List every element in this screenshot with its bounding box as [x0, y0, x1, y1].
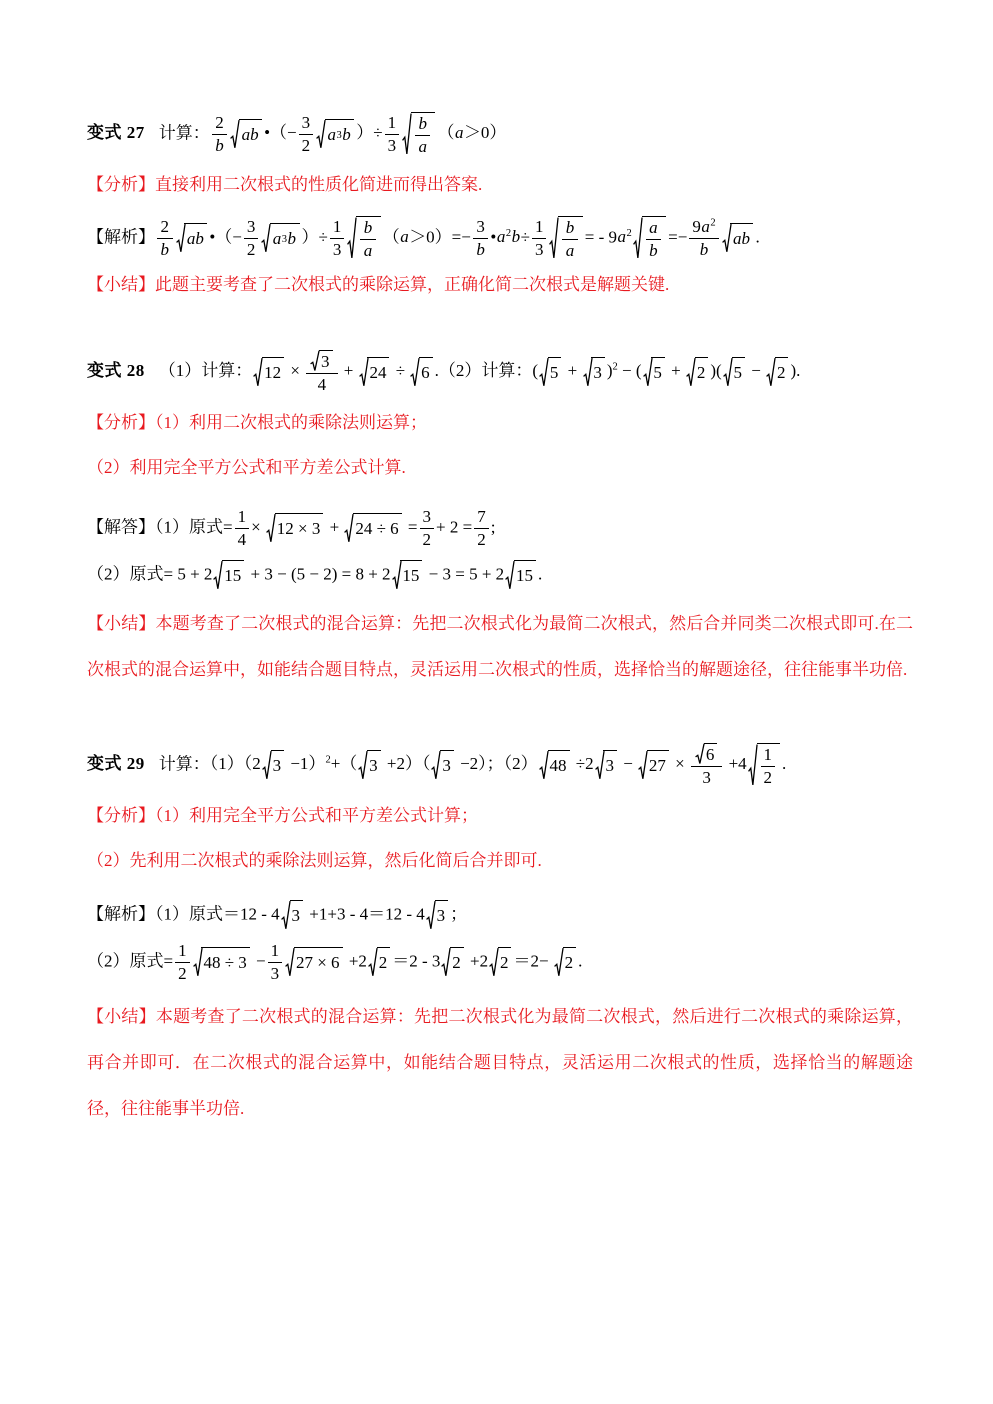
radical-sign-icon [285, 947, 294, 978]
square-root: 48 [539, 750, 570, 781]
solution-line: （2）原式= 5 + 215 + 3 − (5 − 2) = 8 + 215 −… [87, 560, 913, 591]
square-root: 48 ÷ 3 [193, 947, 250, 978]
radical-sign-icon [262, 750, 271, 781]
square-root: a3b [261, 223, 299, 254]
fraction: 13 [532, 217, 547, 260]
radical-sign-icon [505, 560, 514, 591]
square-root: 2 [554, 947, 576, 978]
radical-sign-icon [633, 216, 642, 261]
problem-header: 变式 29计算：（1）（23 −1）2+（3 +2）（3 −2）；（2）48 ÷… [87, 743, 913, 788]
radical-sign-icon [723, 357, 732, 388]
document-body: 变式 27计算：2bab•（−32a3b）÷13ba（a＞0） 【分析】直接利用… [87, 112, 913, 1132]
solution-line: 【解答】（1）原式=14× 12 × 3 + 24 ÷ 6 =32+ 2 =72… [87, 507, 913, 550]
square-root: 6 [695, 743, 717, 765]
square-root: 3 [426, 900, 448, 931]
radical-sign-icon [316, 119, 325, 150]
solution-line: 【解析】2bab•（−32a3b）÷13ba（a＞0）=−3b•a2b÷13ba… [87, 216, 913, 261]
radical-sign-icon [441, 947, 450, 978]
square-root: 27 × 6 [285, 947, 342, 978]
radical-sign-icon [281, 900, 290, 931]
square-root: 3 [358, 750, 380, 781]
square-root: 2 [441, 947, 463, 978]
radical-sign-icon [193, 947, 202, 978]
analysis-line: 【分析】（1）利用二次根式的乘除法则运算； [87, 409, 913, 438]
radical-sign-icon [410, 357, 419, 388]
problem-formula: （1）计算：12 × 34 + 24 ÷ 6.（2）计算：(5 + 3)2 − … [159, 361, 801, 380]
radical-sign-icon [344, 513, 353, 544]
radical-sign-icon [176, 223, 185, 254]
radical-sign-icon [549, 216, 558, 261]
fraction: 32 [299, 113, 314, 156]
square-root: 24 [359, 357, 390, 388]
fraction: 63 [691, 743, 722, 788]
problem-formula: 2bab•（−32a3b）÷13ba（a＞0） [210, 123, 507, 142]
square-root: 2 [686, 357, 708, 388]
radical-sign-icon [426, 900, 435, 931]
radical-sign-icon [230, 119, 239, 150]
square-root: 12 [253, 357, 284, 388]
radical-sign-icon [310, 350, 319, 372]
square-root: 3 [431, 750, 453, 781]
problem-intro: 计算： [159, 754, 210, 773]
analysis-line: （2）先利用二次根式的乘除法则运算，然后化简后合并即可. [87, 847, 913, 876]
fraction: 2b [157, 217, 173, 260]
fraction: 12 [175, 941, 190, 984]
square-root: 3 [281, 900, 303, 931]
radical-sign-icon [695, 743, 704, 765]
radical-sign-icon [686, 357, 695, 388]
square-root: 5 [723, 357, 745, 388]
summary-paragraph: 【小结】此题主要考查了二次根式的乘除运算，正确化简二次根式是解题关键. [87, 271, 913, 300]
fraction: 9a2b [689, 217, 718, 260]
square-root: 15 [505, 560, 536, 591]
fraction: ba [415, 114, 431, 157]
square-root: ba [347, 216, 380, 261]
radical-sign-icon [539, 750, 548, 781]
square-root: a3b [316, 119, 354, 150]
fraction: 12 [761, 745, 776, 788]
fraction: ab [646, 218, 662, 261]
problem-block-27: 变式 27计算：2bab•（−32a3b）÷13ba（a＞0） 【分析】直接利用… [87, 112, 913, 300]
document-page: 变式 27计算：2bab•（−32a3b）÷13ba（a＞0） 【分析】直接利用… [0, 0, 993, 1404]
square-root: ab [230, 119, 262, 150]
square-root: ab [633, 216, 666, 261]
square-root: 5 [539, 357, 561, 388]
radical-sign-icon [359, 357, 368, 388]
fraction: 13 [330, 217, 345, 260]
fraction: ba [562, 218, 578, 261]
radical-sign-icon [722, 223, 731, 254]
problem-header: 变式 27计算：2bab•（−32a3b）÷13ba（a＞0） [87, 112, 913, 157]
radical-sign-icon [358, 750, 367, 781]
radical-sign-icon [431, 750, 440, 781]
square-root: 3 [262, 750, 284, 781]
problem-intro: 计算： [159, 123, 210, 142]
radical-sign-icon [638, 750, 647, 781]
problem-label: 变式 27 [87, 123, 145, 142]
radical-sign-icon [261, 223, 270, 254]
fraction: 32 [420, 507, 435, 550]
square-root: 3 [310, 350, 332, 372]
radical-sign-icon [554, 947, 563, 978]
radical-sign-icon [766, 357, 775, 388]
square-root: ab [722, 223, 754, 254]
fraction: 14 [235, 507, 250, 550]
square-root: 5 [643, 357, 665, 388]
radical-sign-icon [583, 357, 592, 388]
radical-sign-icon [748, 743, 757, 788]
square-root: 2 [368, 947, 390, 978]
square-root: 12 × 3 [266, 513, 323, 544]
fraction: 2b [212, 113, 228, 156]
square-root: 2 [766, 357, 788, 388]
square-root: 12 [748, 743, 780, 788]
radical-sign-icon [266, 513, 275, 544]
square-root: 2 [489, 947, 511, 978]
problem-header: 变式 28（1）计算：12 × 34 + 24 ÷ 6.（2）计算：(5 + 3… [87, 350, 913, 395]
radical-sign-icon [595, 750, 604, 781]
square-root: 3 [583, 357, 605, 388]
analysis-line: 【分析】（1）利用完全平方公式和平方差公式计算； [87, 802, 913, 831]
square-root: 15 [213, 560, 244, 591]
square-root: 6 [410, 357, 432, 388]
analysis-line: （2）利用完全平方公式和平方差公式计算. [87, 454, 913, 483]
radical-sign-icon [402, 112, 411, 157]
square-root: 15 [392, 560, 423, 591]
summary-paragraph: 【小结】本题考查了二次根式的混合运算：先把二次根式化为最简二次根式，然后合并同类… [87, 601, 913, 693]
problem-label: 变式 29 [87, 754, 145, 773]
problem-block-28: 变式 28（1）计算：12 × 34 + 24 ÷ 6.（2）计算：(5 + 3… [87, 350, 913, 693]
square-root: ab [176, 223, 208, 254]
radical-sign-icon [539, 357, 548, 388]
radical-sign-icon [253, 357, 262, 388]
fraction: ba [360, 218, 376, 261]
problem-block-29: 变式 29计算：（1）（23 −1）2+（3 +2）（3 −2）；（2）48 ÷… [87, 743, 913, 1132]
fraction: 34 [306, 350, 337, 395]
fraction: 13 [385, 113, 400, 156]
square-root: ba [549, 216, 582, 261]
solution-line: （2）原式=1248 ÷ 3 −1327 × 6 +22＝2 - 32 +22＝… [87, 941, 913, 984]
square-root: 24 ÷ 6 [344, 513, 401, 544]
square-root: 27 [638, 750, 669, 781]
summary-paragraph: 【小结】本题考查了二次根式的混合运算：先把二次根式化为最简二次根式，然后进行二次… [87, 994, 913, 1132]
radical-sign-icon [368, 947, 377, 978]
radical-sign-icon [213, 560, 222, 591]
solution-line: 【解析】（1）原式＝12 - 43 +1+3 - 4＝12 - 43； [87, 900, 913, 931]
radical-sign-icon [489, 947, 498, 978]
fraction: 13 [268, 941, 283, 984]
fraction: 72 [474, 507, 489, 550]
radical-sign-icon [643, 357, 652, 388]
fraction: 3b [473, 217, 489, 260]
radical-sign-icon [392, 560, 401, 591]
square-root: ba [402, 112, 435, 157]
problem-label: 变式 28 [87, 361, 145, 380]
square-root: 3 [595, 750, 617, 781]
fraction: 32 [244, 217, 259, 260]
problem-formula: （1）（23 −1）2+（3 +2）（3 −2）；（2）48 ÷23 − 27 … [210, 754, 787, 773]
radical-sign-icon [347, 216, 356, 261]
analysis-line: 【分析】直接利用二次根式的性质化简进而得出答案. [87, 171, 913, 200]
